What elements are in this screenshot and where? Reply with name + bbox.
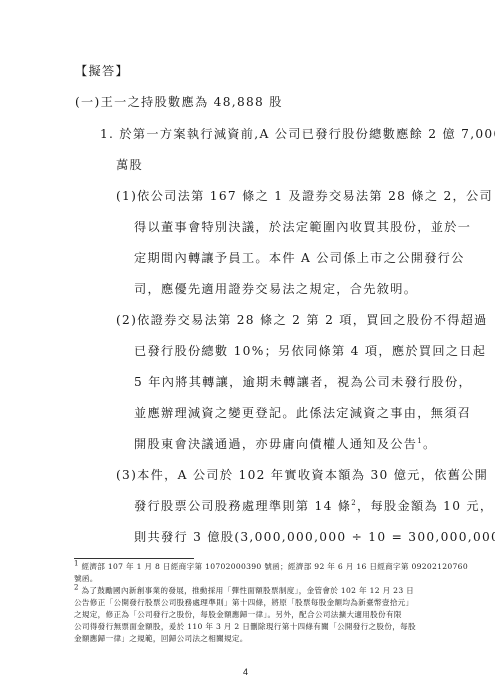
- footnote-2-line-2: 公告修正「公開發行股票公司股務處理準則」第十四條，將原「股票每股金額均為新臺幣壹…: [74, 597, 413, 609]
- sub-2-line-2: 已發行股份總數 10%；另依同條第 4 項，應於買回之日起: [134, 343, 486, 359]
- sub-1-line-1: (1)依公司法第 167 條之 1 及證券交易法第 28 條之 2，公司: [116, 188, 493, 204]
- footnote-2-line-1: 2 為了鼓勵國內新創事業的發展，推動採用「彈性面額股票制度」，金管會於 102 …: [74, 585, 414, 597]
- sub-2-line-4: 並應辦理減資之變更登記。此係法定減資之事由，無須召: [134, 405, 471, 421]
- sub-2-line-5: 開股東會決議通過，亦毋庸向債權人通知及公告1。: [134, 436, 437, 452]
- point-1-line-1: 1. 於第一方案執行減資前,A 公司已發行股份總數應餘 2 億 7,000: [100, 126, 495, 142]
- sub-3-line-2-text: 發行股票公司股務處理準則第 14 條: [134, 499, 351, 513]
- footnote-1-num: 1: [74, 559, 79, 567]
- section-title: (一)王一之持股數應為 48,888 股: [75, 94, 283, 110]
- footnote-2-num: 2: [74, 583, 79, 591]
- sub-1-line-4: 司，應優先適用證券交易法之規定，合先敘明。: [134, 281, 417, 297]
- sub-2-line-3: 5 年內將其轉讓，逾期未轉讓者，視為公司未發行股份，: [134, 374, 472, 390]
- sub-2-line-1: (2)依證券交易法第 28 條之 2 第 2 項，買回之股份不得超過: [116, 312, 488, 328]
- sub-1-line-3: 定期間內轉讓予員工。本件 A 公司係上市之公開發行公: [134, 250, 465, 266]
- footnote-1-line-1: 1 經濟部 107 年 1 月 8 日經商字第 10702000390 號函；經…: [74, 561, 468, 573]
- footnote-2-text-1: 為了鼓勵國內新創事業的發展，推動採用「彈性面額股票制度」，金管會於 102 年 …: [81, 586, 414, 595]
- footnote-2-line-3: 之規定，修正為「公司發行之股份，每股金額應歸一律」。另外，配合公司法擴大適用股份…: [74, 609, 402, 621]
- point-1-line-2: 萬股: [116, 157, 143, 173]
- footnote-1-text-1: 經濟部 107 年 1 月 8 日經商字第 10702000390 號函；經濟部…: [81, 562, 467, 571]
- sub-3-line-2: 發行股票公司股務處理準則第 14 條2，每股金額為 10 元，: [134, 498, 493, 514]
- footnote-separator: [74, 558, 194, 559]
- answer-heading: 【擬答】: [75, 63, 129, 79]
- sub-2-line-5-text: 開股東會決議通過，亦毋庸向債權人通知及公告: [134, 437, 417, 451]
- sub-2-line-5-tail: 。: [423, 437, 437, 451]
- footnote-2-line-4: 公司得發行無票面金額股，爰於 110 年 3 月 2 日刪除現行第十四條有關「公…: [74, 621, 416, 633]
- page-number: 4: [243, 667, 248, 677]
- footnote-2-line-5: 金額應歸一律」之規範，回歸公司法之相關規定。: [74, 633, 248, 645]
- sub-1-line-2: 得以董事會特別決議，於法定範圍內收買其股份，並於一: [134, 219, 471, 235]
- sub-3-line-2-post: ，每股金額為 10 元，: [357, 499, 493, 513]
- sub-3-line-3: 則共發行 3 億股(3,000,000,000 ÷ 10 = 300,000,0…: [134, 529, 495, 545]
- sub-3-line-1: (3)本件，A 公司於 102 年實收資本額為 30 億元，依舊公開: [116, 467, 488, 483]
